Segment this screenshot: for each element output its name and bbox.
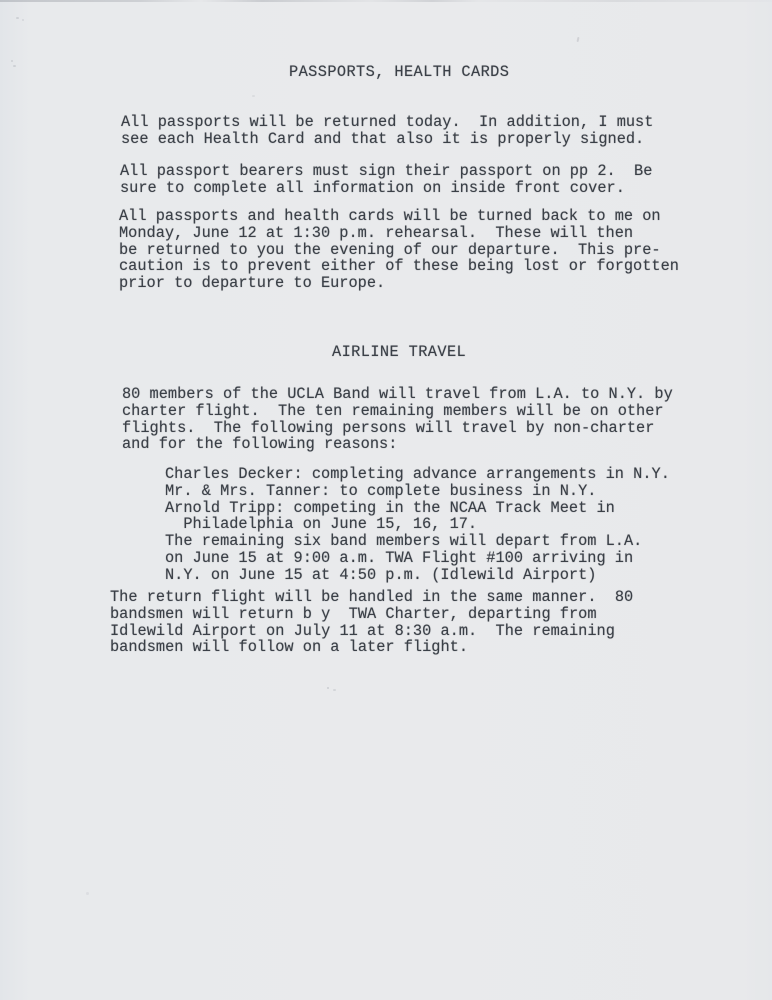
scan-speck xyxy=(577,37,580,42)
scan-speck xyxy=(22,19,24,21)
list-non-charter-travelers: Charles Decker: completing advance arran… xyxy=(165,466,670,584)
scan-speck xyxy=(16,17,19,19)
scan-speck xyxy=(13,65,16,67)
scan-speck xyxy=(86,892,89,895)
paragraph-return-flight: The return flight will be handled in the… xyxy=(110,589,633,656)
paragraph-passport-signing: All passport bearers must sign their pas… xyxy=(120,163,652,197)
paragraph-passports-turned-back: All passports and health cards will be t… xyxy=(119,208,679,292)
scanned-memo-page: PASSPORTS, HEALTH CARDS All passports wi… xyxy=(0,0,772,1000)
section-title-passports-health-cards: PASSPORTS, HEALTH CARDS xyxy=(289,64,509,81)
section-title-airline-travel: AIRLINE TRAVEL xyxy=(332,344,466,361)
scan-speck xyxy=(333,689,336,691)
scan-speck xyxy=(252,95,255,97)
paragraph-passports-returned: All passports will be returned today. In… xyxy=(121,114,653,148)
paragraph-charter-flight-overview: 80 members of the UCLA Band will travel … xyxy=(122,386,673,453)
scan-speck xyxy=(11,60,13,62)
scan-speck xyxy=(327,687,329,689)
